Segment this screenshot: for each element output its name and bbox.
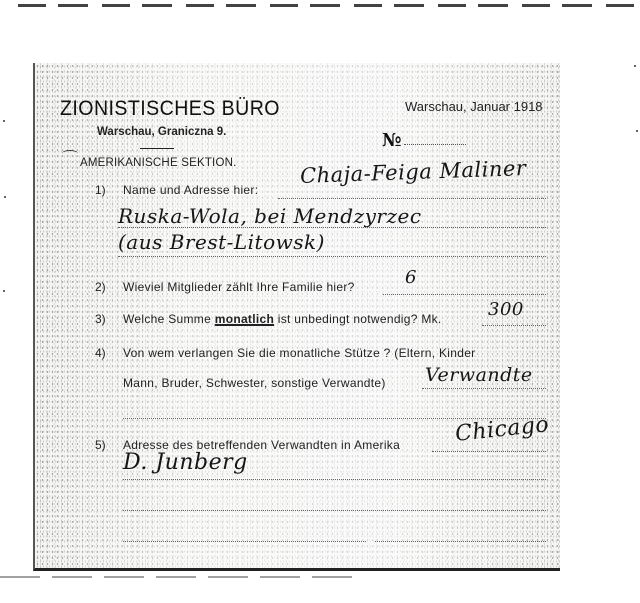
- scan-speck: [636, 130, 638, 132]
- answer-line: [383, 294, 546, 295]
- organization-address: Warschau, Graniczna 9.: [97, 126, 226, 138]
- answer-family-count: 6: [405, 267, 417, 288]
- question-number: 3): [95, 312, 106, 326]
- scan-edge-top: [18, 4, 638, 7]
- answer-address-line-1: Ruska-Wola, bei Mendzyrzec: [118, 204, 422, 228]
- question-4-label-line-2: Mann, Bruder, Schwester, sonstige Verwan…: [123, 376, 386, 390]
- answer-line: [432, 451, 546, 452]
- question-1-label: Name und Adresse hier:: [123, 183, 258, 197]
- number-sign-icon: №: [382, 130, 402, 151]
- question-3-text: ist unbedingt notwendig? Mk.: [278, 312, 442, 326]
- answer-line: [422, 388, 546, 389]
- question-3-label: Welche Summe monatlich ist unbedingt not…: [123, 312, 442, 326]
- answer-relation: Verwandte: [425, 364, 533, 386]
- section-title: AMERIKANISCHE SEKTION.: [80, 157, 236, 169]
- scan-speck: [634, 65, 636, 67]
- answer-line: [123, 541, 366, 542]
- question-3-text: Welche Summe: [123, 312, 211, 326]
- number-field: [404, 144, 466, 145]
- scan-speck: [4, 196, 6, 198]
- question-4-label-line-1: Von wem verlangen Sie die monatliche Stü…: [123, 346, 475, 360]
- scan-edge-bottom: [0, 576, 360, 578]
- emphasis-monatlich: monatlich: [215, 312, 274, 326]
- question-number: 1): [95, 183, 106, 197]
- answer-line: [123, 510, 546, 511]
- answer-line: [118, 256, 546, 257]
- question-2-label: Wieviel Mitglieder zählt Ihre Familie hi…: [123, 280, 355, 294]
- answer-line: [375, 541, 546, 542]
- question-number: 4): [95, 346, 106, 360]
- answer-relative-name: D. Junberg: [123, 450, 248, 475]
- organization-name: ZIONISTISCHES BÜRO: [60, 97, 280, 121]
- answer-address-line-2: (aus Brest-Litowsk): [118, 230, 325, 254]
- answer-line: [482, 325, 546, 326]
- question-number: 5): [95, 438, 106, 452]
- city-date: Warschau, Januar 1918: [405, 99, 543, 114]
- question-number: 2): [95, 280, 106, 294]
- divider: [140, 148, 174, 149]
- scan-speck: [3, 120, 5, 122]
- answer-line: [278, 198, 546, 199]
- pen-mark: [62, 150, 78, 157]
- answer-monthly-amount: 300: [488, 299, 524, 320]
- answer-line: [123, 479, 546, 480]
- scan-speck: [3, 290, 5, 292]
